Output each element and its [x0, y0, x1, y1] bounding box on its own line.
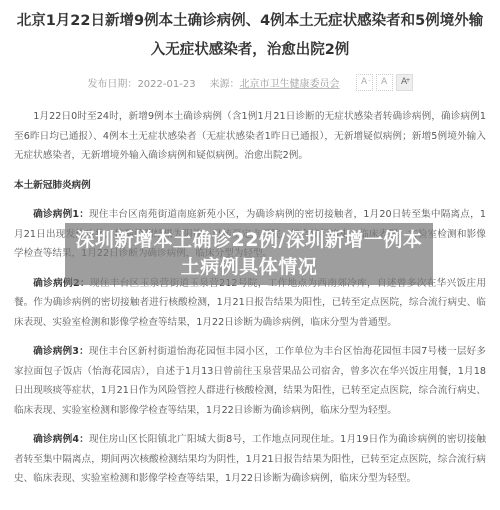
- font-decrease-button[interactable]: A-: [356, 74, 373, 91]
- source-link[interactable]: 北京市卫生健康委员会: [240, 79, 340, 90]
- case-label-4: 确诊病例4：: [33, 434, 89, 445]
- publish-date: 发布日期：2022-01-23: [87, 75, 195, 90]
- case-label-1: 确诊病例1：: [33, 209, 89, 220]
- font-normal-button[interactable]: A: [376, 74, 393, 91]
- source-label: 来源：: [210, 79, 240, 90]
- plus-sup: +: [406, 73, 411, 88]
- minus-sup: -: [368, 73, 370, 88]
- case-paragraph-3: 确诊病例3：现住丰台区新村街道怡海花园恒丰园小区，工作单位为丰台区怡海花园恒丰园…: [14, 342, 486, 420]
- article-meta: 发布日期：2022-01-23 来源：北京市卫生健康委员会 A- A A+: [0, 71, 500, 93]
- article-body: 1月22日0时至24时，新增9例本土确诊病例（含1例1月21日诊断的无症状感染者…: [0, 107, 500, 489]
- font-size-tools: A- A A+: [356, 74, 413, 91]
- article-title: 北京1月22日新增9例本土确诊病例、4例本土无症状感染者和5例境外输入无症状感染…: [0, 0, 500, 65]
- publish-date-label: 发布日期：: [87, 79, 137, 90]
- article-source: 来源：北京市卫生健康委员会: [210, 75, 340, 90]
- publish-date-value: 2022-01-23: [137, 79, 195, 90]
- overlay-headline: 深圳新增本土确诊22例/深圳新增一例本土病例具体情况: [76, 229, 423, 278]
- font-increase-button[interactable]: A+: [396, 74, 413, 91]
- intro-paragraph: 1月22日0时至24时，新增9例本土确诊病例（含1例1月21日诊断的无症状感染者…: [14, 107, 486, 166]
- headline-overlay-banner: 深圳新增本土确诊22例/深圳新增一例本土病例具体情况: [65, 223, 433, 285]
- font-normal-icon: A: [381, 77, 387, 87]
- case-label-3: 确诊病例3：: [33, 346, 89, 357]
- case-paragraph-4: 确诊病例4：现住房山区长阳镇北广阳城大街8号，工作地点同现住址。1月19日作为确…: [14, 430, 486, 489]
- section-heading: 本土新冠肺炎病例: [14, 176, 486, 196]
- font-decrease-icon: A: [361, 77, 367, 87]
